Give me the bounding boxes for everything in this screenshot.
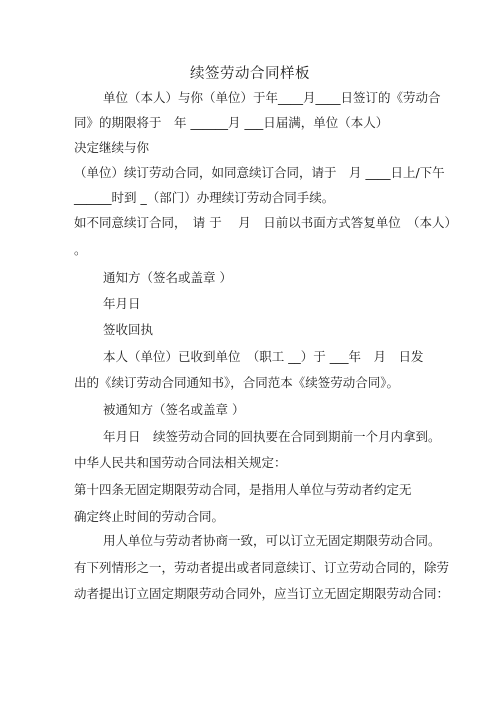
paragraph-line: 通知方（签名或盖章 ） (103, 270, 232, 286)
document-page: 续签劳动合同样板 单位（本人）与你（单位）于年____月____日签订的《劳动合… (0, 0, 500, 708)
paragraph-line: 年月日 续签劳动合同的回执要在合同到期前一个月内拿到。 (103, 429, 441, 445)
paragraph-line: 同》的期限将于 年 ______月 ___日届满，单位（本人） (74, 115, 388, 131)
paragraph-line: 年月日 (103, 296, 141, 312)
paragraph-line: 有下列情形之一，劳动者提出或者同意续订、订立劳动合同的，除劳 (74, 560, 449, 576)
paragraph-line: （单位）续订劳动合同，如同意续订合同，请于 月 ____日上/下午 (74, 165, 445, 181)
paragraph-line: 签收回执 (103, 322, 153, 338)
paragraph-line: 单位（本人）与你（单位）于年____月____日签订的《劳动合 (103, 90, 441, 106)
document-title: 续签劳动合同样板 (0, 62, 500, 83)
paragraph-line: 本人（单位）已收到单位 （职工 __）于 ___年 月 日发 (103, 349, 423, 365)
paragraph-line: 动者提出订立固定期限劳动合同外，应当订立无固定期限劳动合同： (74, 586, 449, 602)
paragraph-line: 如不同意续订合同， 请 于 月 日前以书面方式答复单位 （本人） (74, 215, 457, 231)
paragraph-line: 第十四条无固定期限劳动合同，是指用人单位与劳动者约定无 (74, 482, 412, 498)
paragraph-line: 中华人民共和国劳动合同法相关规定： (74, 455, 287, 471)
paragraph-line: 用人单位与劳动者协商一致，可以订立无固定期限劳动合同。 (103, 533, 441, 549)
paragraph-line: 被通知方（签名或盖章 ） (103, 402, 244, 418)
paragraph-line: ______时到 _（部门）办理续订劳动合同手续。 (74, 190, 334, 206)
paragraph-line: 决定继续与你 (74, 140, 149, 156)
paragraph-line: 。 (74, 242, 87, 258)
paragraph-line: 确定终止时间的劳动合同。 (74, 509, 224, 525)
paragraph-line: 出的《续订劳动合同通知书》，合同范本《续签劳动合同》。 (74, 375, 399, 391)
